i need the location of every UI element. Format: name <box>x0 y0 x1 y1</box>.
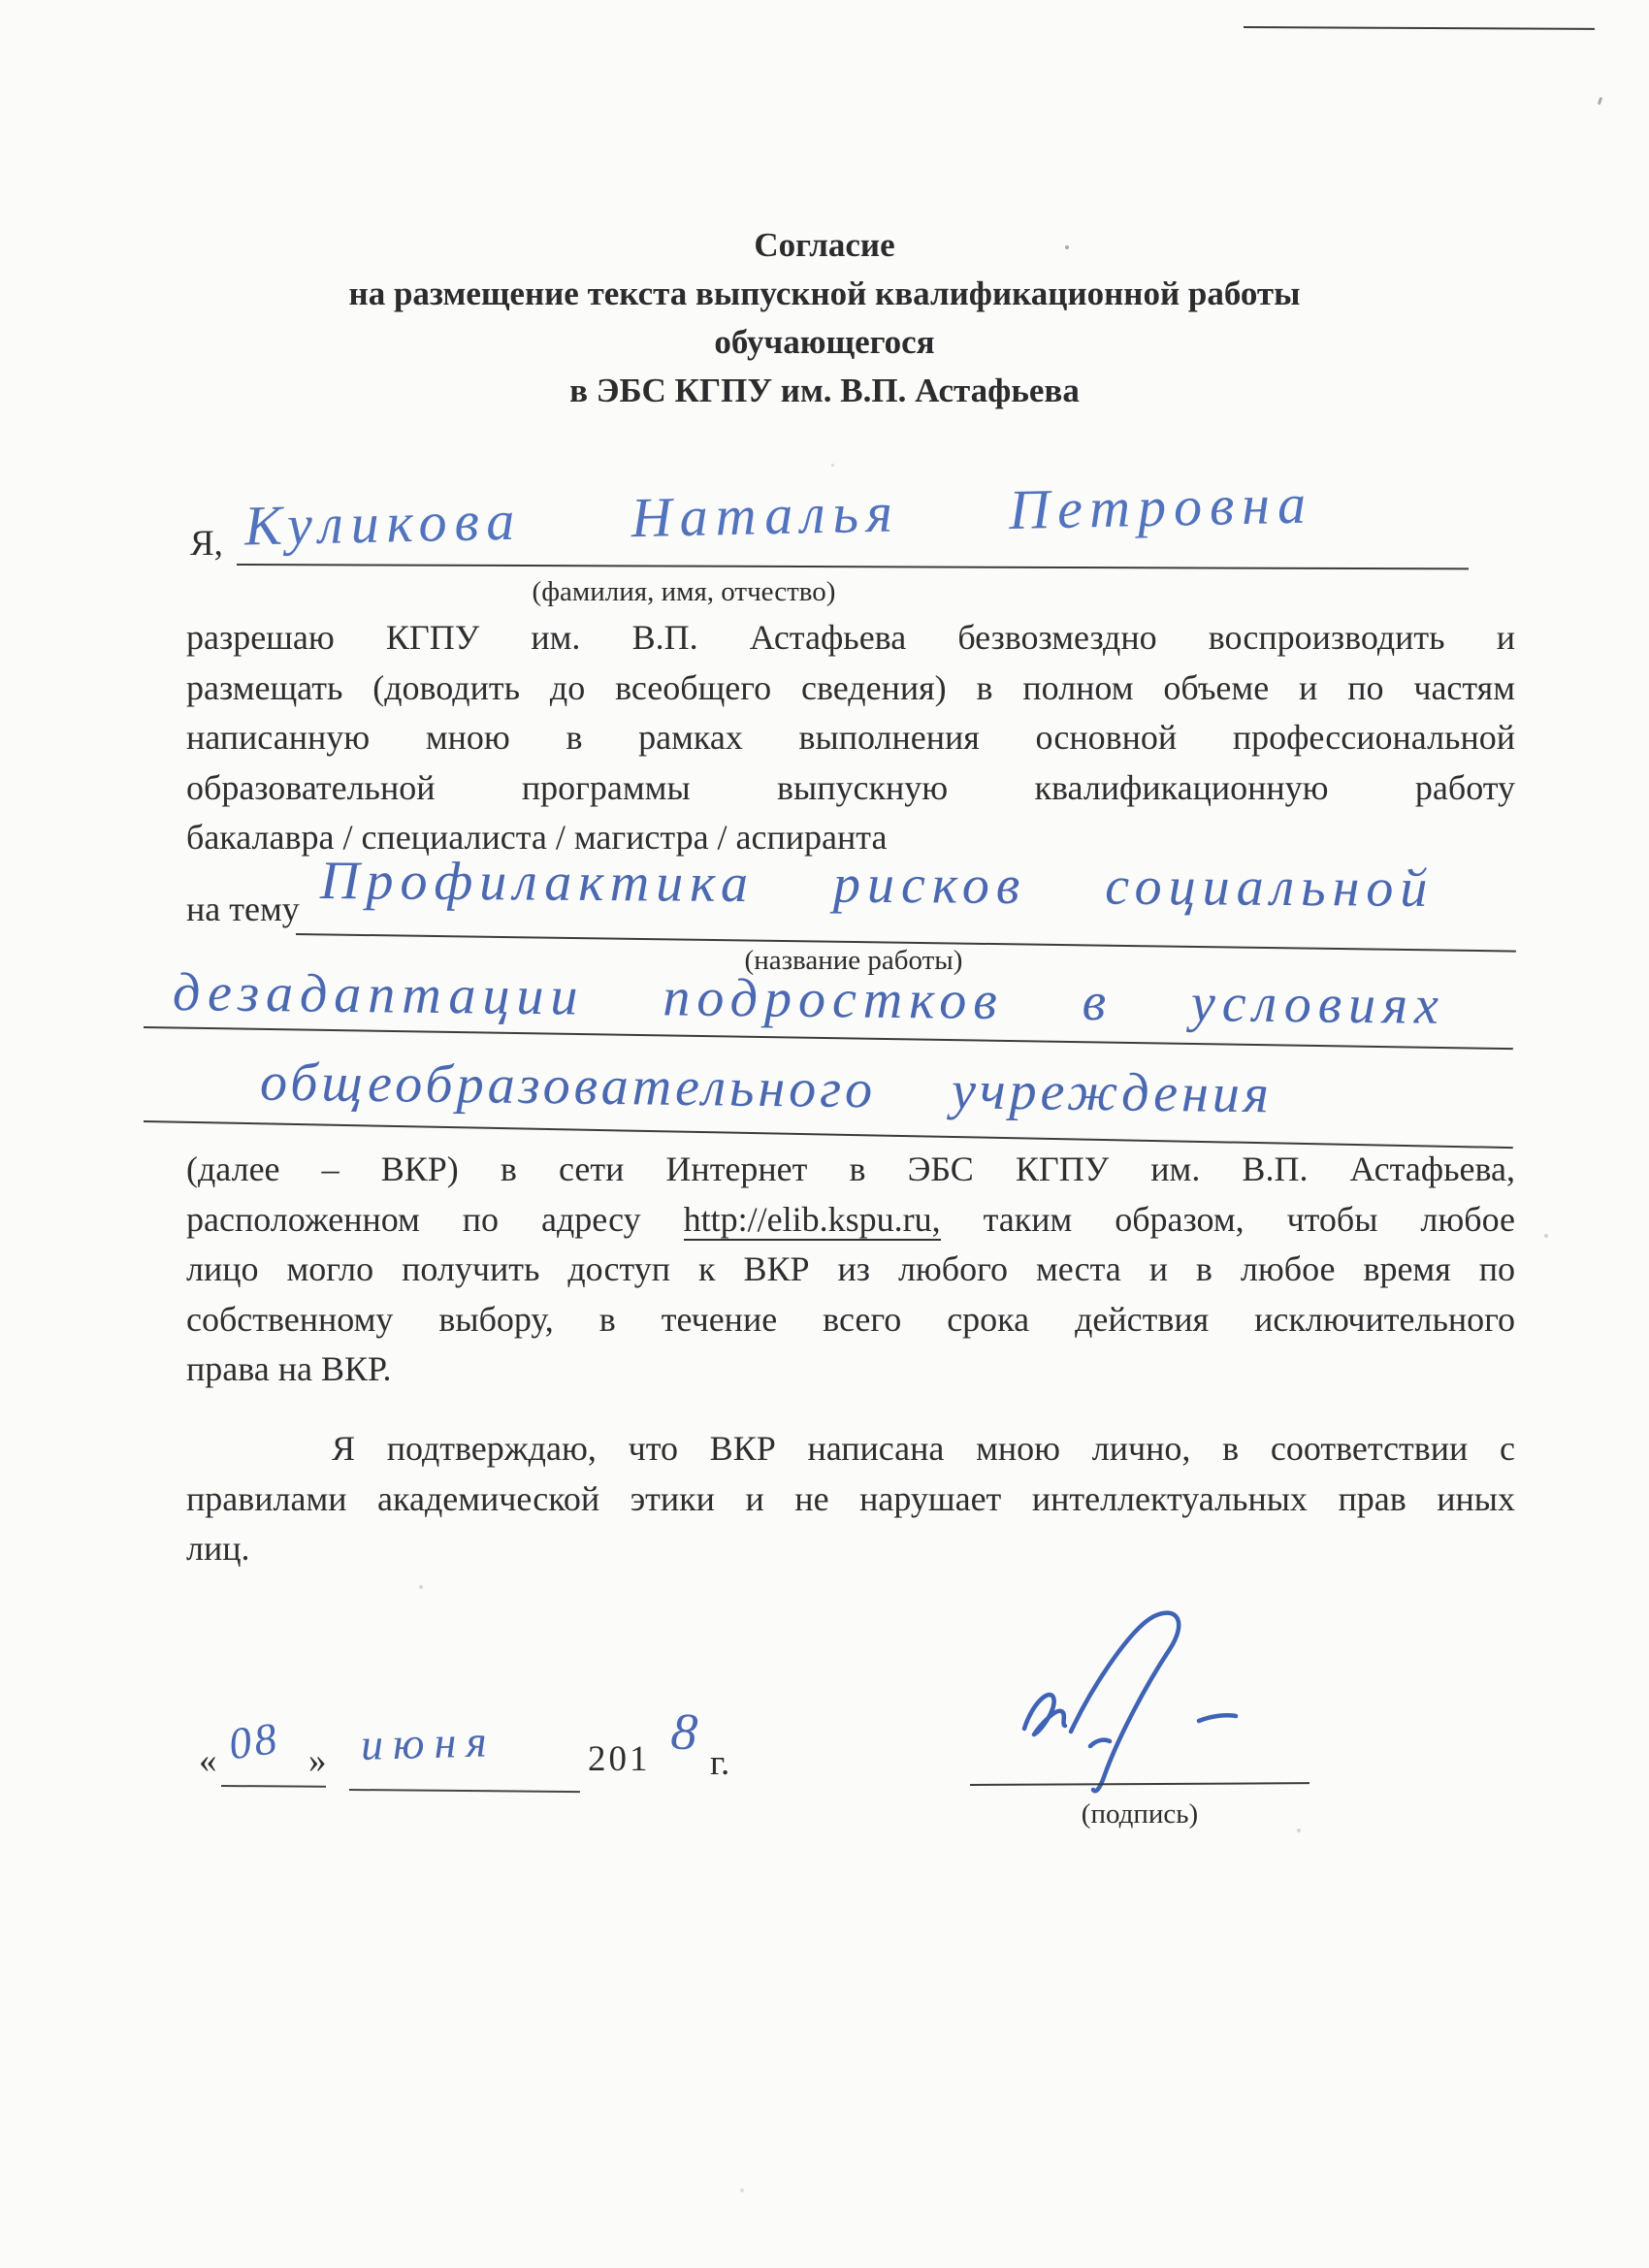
paragraph-line: Я подтверждаю, что ВКР написана мною лич… <box>186 1424 1515 1474</box>
paragraph-line: написанную мною в рамках выполнения осно… <box>186 713 1515 763</box>
title-line-4: в ЭБС КГПУ им. В.П. Астафьева <box>78 367 1571 415</box>
handwritten-theme-line-2: дезадаптации подростков в условиях <box>173 961 1446 1037</box>
scan-speck <box>831 464 834 467</box>
paragraph-line: права на ВКР. <box>186 1345 1515 1395</box>
handwritten-theme-line-1: Профилактика рисков социальной <box>320 850 1435 920</box>
date-year-suffix: г. <box>710 1738 729 1789</box>
confirmation-paragraph: Я подтверждаю, что ВКР написана мною лич… <box>186 1424 1515 1574</box>
title-line-1: Согласие <box>78 221 1571 270</box>
handwritten-signature <box>1009 1603 1261 1806</box>
date-month-underline <box>349 1789 580 1793</box>
signature-caption: (подпись) <box>970 1798 1309 1831</box>
paragraph-line: разрешаю КГПУ им. В.П. Астафьева безвозм… <box>186 613 1515 664</box>
elib-url: http://elib.kspu.ru, <box>684 1200 941 1241</box>
paragraph-line: лиц. <box>186 1524 1515 1574</box>
scan-speck <box>1598 97 1602 106</box>
document-title: Согласие на размещение текста выпускной … <box>78 221 1571 415</box>
scan-speck <box>419 1585 423 1589</box>
date-open-quote: « <box>199 1736 217 1787</box>
title-line-3: обучающегося <box>78 318 1571 367</box>
paragraph-line: собственному выбору, в течение всего сро… <box>186 1295 1515 1345</box>
handwritten-full-name: Куликова Наталья Петровна <box>243 470 1313 558</box>
handwritten-day: 08 <box>226 1712 283 1770</box>
date-close-quote: » <box>308 1736 327 1787</box>
theme-label: на тему <box>186 885 300 935</box>
scan-speck <box>1544 1234 1548 1238</box>
scan-speck <box>740 2188 744 2192</box>
title-line-2: на размещение текста выпускной квалифика… <box>78 270 1571 318</box>
scan-artifact-line <box>1244 26 1595 30</box>
name-section: Я, Куликова Наталья Петровна <box>186 480 1515 587</box>
paragraph-line: образовательной программы выпускную квал… <box>186 763 1515 814</box>
name-prefix: Я, <box>190 519 223 569</box>
handwritten-year-digit: 8 <box>669 1701 699 1763</box>
paragraph-line: расположенном по адресу http://elib.kspu… <box>186 1195 1515 1246</box>
handwritten-theme-line-3: общеобразовательного учреждения <box>260 1052 1274 1126</box>
permission-paragraph: разрешаю КГПУ им. В.П. Астафьева безвозм… <box>186 613 1515 863</box>
date-year-printed: 201 <box>588 1734 651 1785</box>
paragraph-line: размещать (доводить до всеобщего сведени… <box>186 664 1515 714</box>
paragraph-line: лицо могло получить доступ к ВКР из любо… <box>186 1245 1515 1295</box>
paragraph-line: правилами академической этики и не наруш… <box>186 1474 1515 1525</box>
line-text: расположенном по адресу <box>186 1200 684 1239</box>
publication-paragraph: (далее – ВКР) в сети Интернет в ЭБС КГПУ… <box>186 1145 1515 1395</box>
paragraph-line: (далее – ВКР) в сети Интернет в ЭБС КГПУ… <box>186 1145 1515 1195</box>
name-underline <box>237 564 1469 569</box>
name-caption: (фамилия, имя, отчество) <box>194 576 1174 608</box>
handwritten-month: июня <box>360 1715 497 1770</box>
line-text: таким образом, чтобы любое <box>941 1200 1515 1239</box>
